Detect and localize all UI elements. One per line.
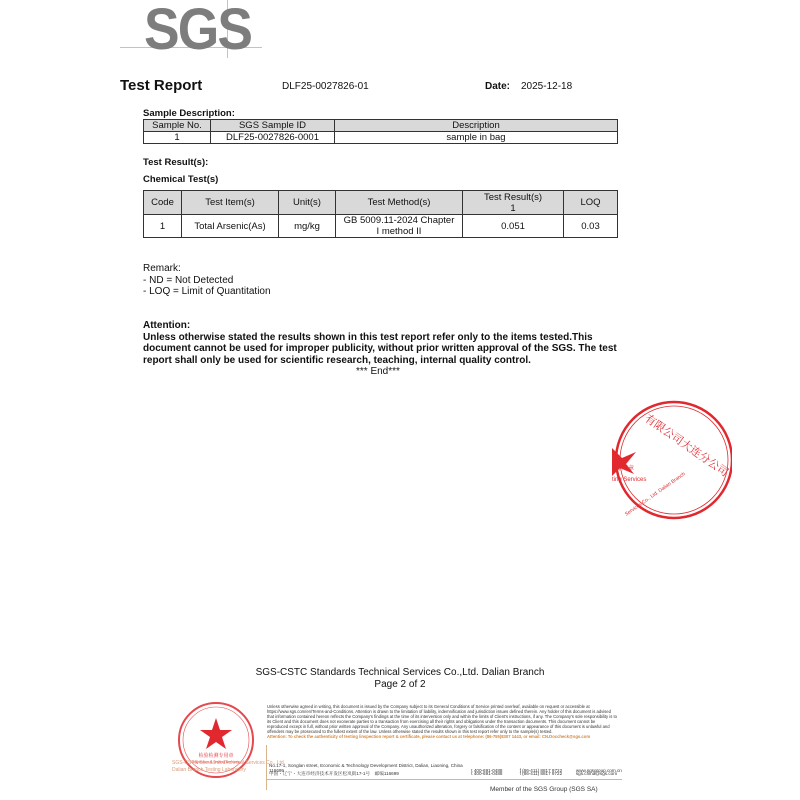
attention-label: Attention: <box>143 320 623 332</box>
result-header-sub: 1 <box>463 203 563 214</box>
test-method-line2: I method II <box>336 226 462 237</box>
report-number: DLF25-0027826-01 <box>282 81 369 92</box>
page-number: Page 2 of 2 <box>0 679 800 691</box>
end-marker: *** End*** <box>356 366 400 377</box>
address-cn: 中国・辽宁・大连市经济技术开发区松岚街17-1号 邮编116699 <box>269 771 470 777</box>
remark-line: - ND = Not Detected <box>143 275 271 287</box>
terms-fine-print: Unless otherwise agreed in writing, this… <box>267 704 617 739</box>
sample-no: 1 <box>144 132 211 144</box>
date-label: Date: <box>485 81 510 92</box>
sample-description-table: Sample No. SGS Sample ID Description 1 D… <box>143 119 618 144</box>
test-result: 0.051 <box>463 215 564 238</box>
table-header-row: Sample No. SGS Sample ID Description <box>144 120 618 132</box>
result-header-text: Test Result(s) <box>463 192 563 203</box>
sgs-group-member: Member of the SGS Group (SGS SA) <box>490 786 598 793</box>
seal-left-cn: 检验检测专用章 <box>198 752 233 759</box>
remark-label: Remark: <box>143 263 271 275</box>
test-code: 1 <box>144 215 182 238</box>
footer-divider <box>266 779 622 780</box>
company-seal-right: 有限公司大连分公司 测专用章 rting Services Services C… <box>612 400 732 520</box>
chemical-tests-label: Chemical Test(s) <box>143 174 218 185</box>
remark-block: Remark: - ND = Not Detected - LOQ = Limi… <box>143 263 271 298</box>
terms-text: Unless otherwise agreed in writing, this… <box>267 704 617 734</box>
column-header: Code <box>144 191 182 215</box>
column-header: Test Method(s) <box>336 191 463 215</box>
column-header: Test Item(s) <box>182 191 279 215</box>
test-method-line1: GB 5009.11-2024 Chapter <box>336 215 462 226</box>
footer-company-block: SGS-CSTC Standards Technical Services Co… <box>0 667 800 690</box>
sample-description-label: Sample Description: <box>143 108 235 119</box>
test-loq: 0.03 <box>564 215 618 238</box>
column-header: Unit(s) <box>279 191 336 215</box>
sample-description: sample in bag <box>335 132 618 144</box>
attention-text: Unless otherwise stated the results show… <box>143 332 623 367</box>
test-item: Total Arsenic(As) <box>182 215 279 238</box>
table-row: 1 DLF25-0027826-0001 sample in bag <box>144 132 618 144</box>
sgs-sample-id: DLF25-0027826-0001 <box>211 132 335 144</box>
column-header: Sample No. <box>144 120 211 132</box>
table-header-row: Code Test Item(s) Unit(s) Test Method(s)… <box>144 191 618 215</box>
sgs-logo: SGS <box>144 0 251 60</box>
column-header: SGS Sample ID <box>211 120 335 132</box>
telephone: t 400-691-0488 <box>471 771 518 776</box>
remark-line: - LOQ = Limit of Quantitation <box>143 286 271 298</box>
chemical-test-table: Code Test Item(s) Unit(s) Test Method(s)… <box>143 190 618 238</box>
table-row: 1 Total Arsenic(As) mg/kg GB 5009.11-202… <box>144 215 618 238</box>
seal-text-cn2: 测专用章 <box>612 464 634 472</box>
footer-divider-vertical <box>266 745 267 790</box>
address-row-cn: 中国・辽宁・大连市经济技术开发区松岚街17-1号 邮编116699 t 400-… <box>269 771 624 777</box>
column-header: Description <box>335 120 618 132</box>
report-date: 2025-12-18 <box>521 81 572 92</box>
authenticity-notice: Attention: To check the authenticity of … <box>267 734 617 739</box>
column-header-result: Test Result(s) 1 <box>463 191 564 215</box>
fax: f (86-411) 8817 9722 <box>520 771 575 776</box>
test-method: GB 5009.11-2024 Chapter I method II <box>336 215 463 238</box>
report-title: Test Report <box>120 77 202 94</box>
email: sgs.china@sgs.com <box>576 771 617 776</box>
attention-block: Attention: Unless otherwise stated the r… <box>143 320 623 366</box>
test-unit: mg/kg <box>279 215 336 238</box>
footer-company-name: SGS-CSTC Standards Technical Services Co… <box>0 667 800 679</box>
column-header: LOQ <box>564 191 618 215</box>
test-results-label: Test Result(s): <box>143 157 208 168</box>
seal-text-en: rting Services <box>612 477 646 483</box>
